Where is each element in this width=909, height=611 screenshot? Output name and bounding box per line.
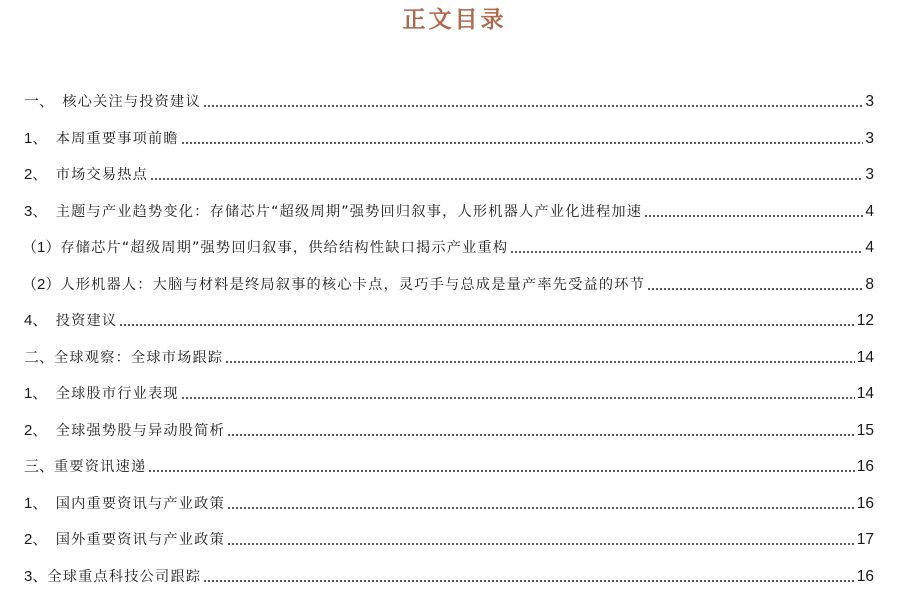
toc-entry-page: 3 xyxy=(865,165,874,185)
toc-entry-title: 全球强势股与异动股简析 xyxy=(56,421,225,441)
toc-entry-page: 3 xyxy=(865,92,874,112)
toc-entry-number: 4、 xyxy=(24,311,56,331)
toc-entry-page: 14 xyxy=(857,348,874,368)
toc-entry[interactable]: 1、 本周重要事项前瞻 3 xyxy=(24,125,874,149)
toc-entry[interactable]: （2） 人形机器人：大脑与材料是终局叙事的核心卡点，灵巧手与总成是量产率先受益的… xyxy=(22,271,874,295)
dot-leader xyxy=(227,540,855,546)
toc-entry-title: 人形机器人：大脑与材料是终局叙事的核心卡点，灵巧手与总成是量产率先受益的环节 xyxy=(60,275,645,295)
toc-entry-number: 1、 xyxy=(24,129,56,149)
toc-entry[interactable]: （1） 存储芯片“超级周期”强势回归叙事，供给结构性缺口揭示产业重构 4 xyxy=(22,234,874,258)
toc-entry-title: 国外重要资讯与产业政策 xyxy=(56,530,225,550)
toc-entry-title: 存储芯片“超级周期”强势回归叙事，供给结构性缺口揭示产业重构 xyxy=(60,238,508,258)
toc-entry-title: 重要资讯速递 xyxy=(54,457,146,477)
toc-entry-page: 8 xyxy=(865,275,874,295)
toc-entry-number: 二、 xyxy=(24,348,54,368)
dot-leader xyxy=(227,431,855,437)
toc-entry-page: 15 xyxy=(857,421,874,441)
toc-entry-title: 国内重要资讯与产业政策 xyxy=(56,494,225,514)
toc-entry-number: 1、 xyxy=(24,384,56,404)
toc-entry[interactable]: 3、 全球重点科技公司跟踪 16 xyxy=(24,563,874,587)
toc-entry-page: 16 xyxy=(857,494,874,514)
toc-entry-number: 3、 xyxy=(24,202,56,222)
dot-leader xyxy=(181,139,864,145)
toc-entry-number: （1） xyxy=(22,238,60,258)
toc-entry-number: 一、 xyxy=(24,92,62,112)
toc-entry-title: 核心关注与投资建议 xyxy=(62,92,201,112)
toc-entry[interactable]: 3、 主题与产业趋势变化：存储芯片“超级周期”强势回归叙事，人形机器人产业化进程… xyxy=(24,198,874,222)
toc-entry[interactable]: 4、 投资建议 12 xyxy=(24,307,874,331)
toc-entry[interactable]: 一、 核心关注与投资建议 3 xyxy=(24,88,874,112)
toc-entry-title: 全球观察：全球市场跟踪 xyxy=(54,348,223,368)
toc-entry-number: 三、 xyxy=(24,457,54,477)
toc-entry-page: 12 xyxy=(857,311,874,331)
toc-entry-number: 2、 xyxy=(24,421,56,441)
toc-entry[interactable]: 1、 全球股市行业表现 14 xyxy=(24,380,874,404)
toc-entry-page: 4 xyxy=(865,202,874,222)
dot-leader xyxy=(225,358,854,364)
toc-entry[interactable]: 1、 国内重要资讯与产业政策 16 xyxy=(24,490,874,514)
toc-entry[interactable]: 2、 市场交易热点 3 xyxy=(24,161,874,185)
dot-leader xyxy=(119,321,855,327)
toc-entry-page: 3 xyxy=(865,129,874,149)
toc-entry-page: 4 xyxy=(865,238,874,258)
toc-entry[interactable]: 2、 全球强势股与异动股简析 15 xyxy=(24,417,874,441)
toc-entry-number: 2、 xyxy=(24,165,56,185)
toc-entry-page: 16 xyxy=(857,567,874,587)
dot-leader xyxy=(203,577,855,583)
toc-title: 正文目录 xyxy=(0,4,909,36)
toc-entry-number: 3、 xyxy=(24,567,47,587)
dot-leader xyxy=(227,504,855,510)
dot-leader xyxy=(203,102,864,108)
dot-leader xyxy=(510,248,863,254)
toc-entry[interactable]: 三、 重要资讯速递 16 xyxy=(24,453,874,477)
toc-entry-title: 全球股市行业表现 xyxy=(56,384,179,404)
toc-entry[interactable]: 2、 国外重要资讯与产业政策 17 xyxy=(24,526,874,550)
dot-leader xyxy=(647,285,863,291)
toc-entry-page: 17 xyxy=(857,530,874,550)
toc-entry-page: 16 xyxy=(857,457,874,477)
toc-entry-title: 本周重要事项前瞻 xyxy=(56,129,179,149)
toc-entry-title: 市场交易热点 xyxy=(56,165,148,185)
toc-entry-number: 2、 xyxy=(24,530,56,550)
toc-entry-number: （2） xyxy=(22,275,60,295)
toc-entry-number: 1、 xyxy=(24,494,56,514)
dot-leader xyxy=(644,212,863,218)
toc-entry-title: 主题与产业趋势变化：存储芯片“超级周期”强势回归叙事，人形机器人产业化进程加速 xyxy=(56,202,642,222)
dot-leader xyxy=(148,467,854,473)
toc-entry[interactable]: 二、 全球观察：全球市场跟踪 14 xyxy=(24,344,874,368)
toc-entry-title: 全球重点科技公司跟踪 xyxy=(47,567,201,587)
toc-entry-title: 投资建议 xyxy=(56,311,118,331)
toc-entry-page: 14 xyxy=(857,384,874,404)
dot-leader xyxy=(150,175,863,181)
dot-leader xyxy=(181,394,855,400)
